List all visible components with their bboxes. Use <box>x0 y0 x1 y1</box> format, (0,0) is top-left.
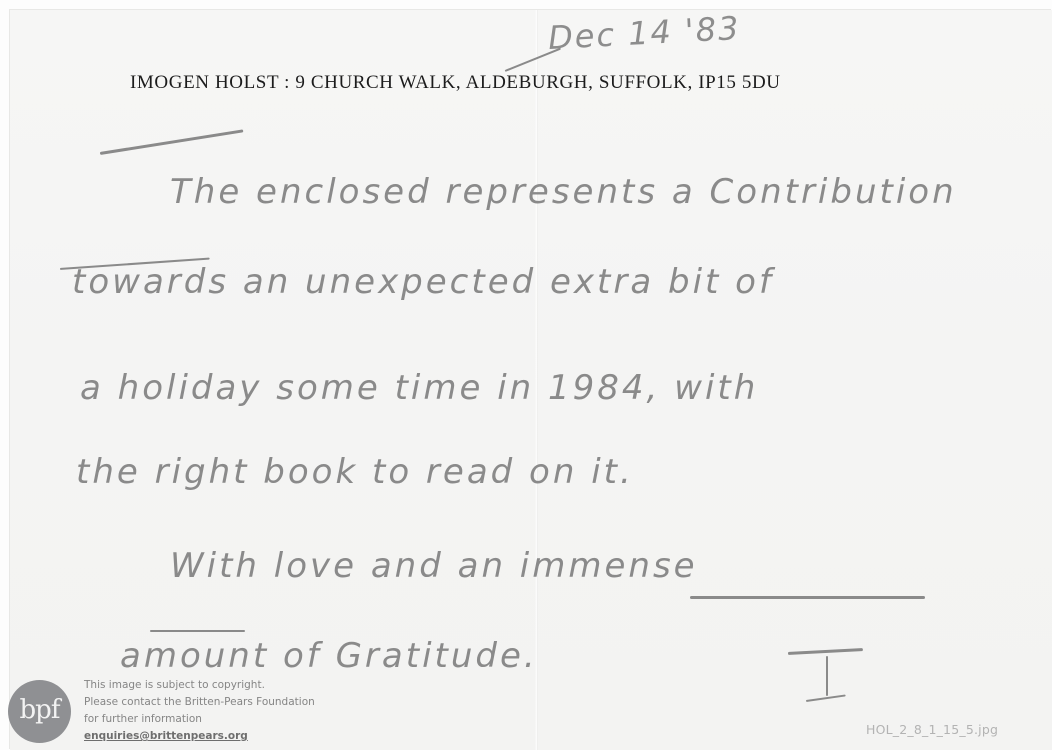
copyright-line-2: Please contact the Britten-Pears Foundat… <box>84 694 315 711</box>
immense-underline <box>690 596 925 599</box>
t-crossbar-stroke <box>150 630 245 632</box>
letterhead: IMOGEN HOLST : 9 CHURCH WALK, ALDEBURGH,… <box>130 72 930 94</box>
copyright-line-3: for further information <box>84 711 315 728</box>
letter-line-3: a holiday some time in 1984, with <box>80 368 758 408</box>
copyright-notice: This image is subject to copyright. Plea… <box>84 677 315 745</box>
copyright-line-1: This image is subject to copyright. <box>84 677 315 694</box>
signature-stem-stroke <box>826 656 828 696</box>
enquiries-email-link[interactable]: enquiries@brittenpears.org <box>84 728 315 745</box>
letter-line-5: With love and an immense <box>170 546 698 586</box>
letter-line-6: amount of Gratitude. <box>120 636 538 676</box>
bpf-logo: bpf <box>8 680 71 743</box>
copyright-watermark: bpf This image is subject to copyright. … <box>0 672 320 750</box>
letter-line-1: The enclosed represents a Contribution <box>170 172 957 212</box>
file-name-label: HOL_2_8_1_15_5.jpg <box>866 722 998 737</box>
letter-line-4: the right book to read on it. <box>76 452 634 492</box>
letter-line-2: towards an unexpected extra bit of <box>72 262 774 302</box>
